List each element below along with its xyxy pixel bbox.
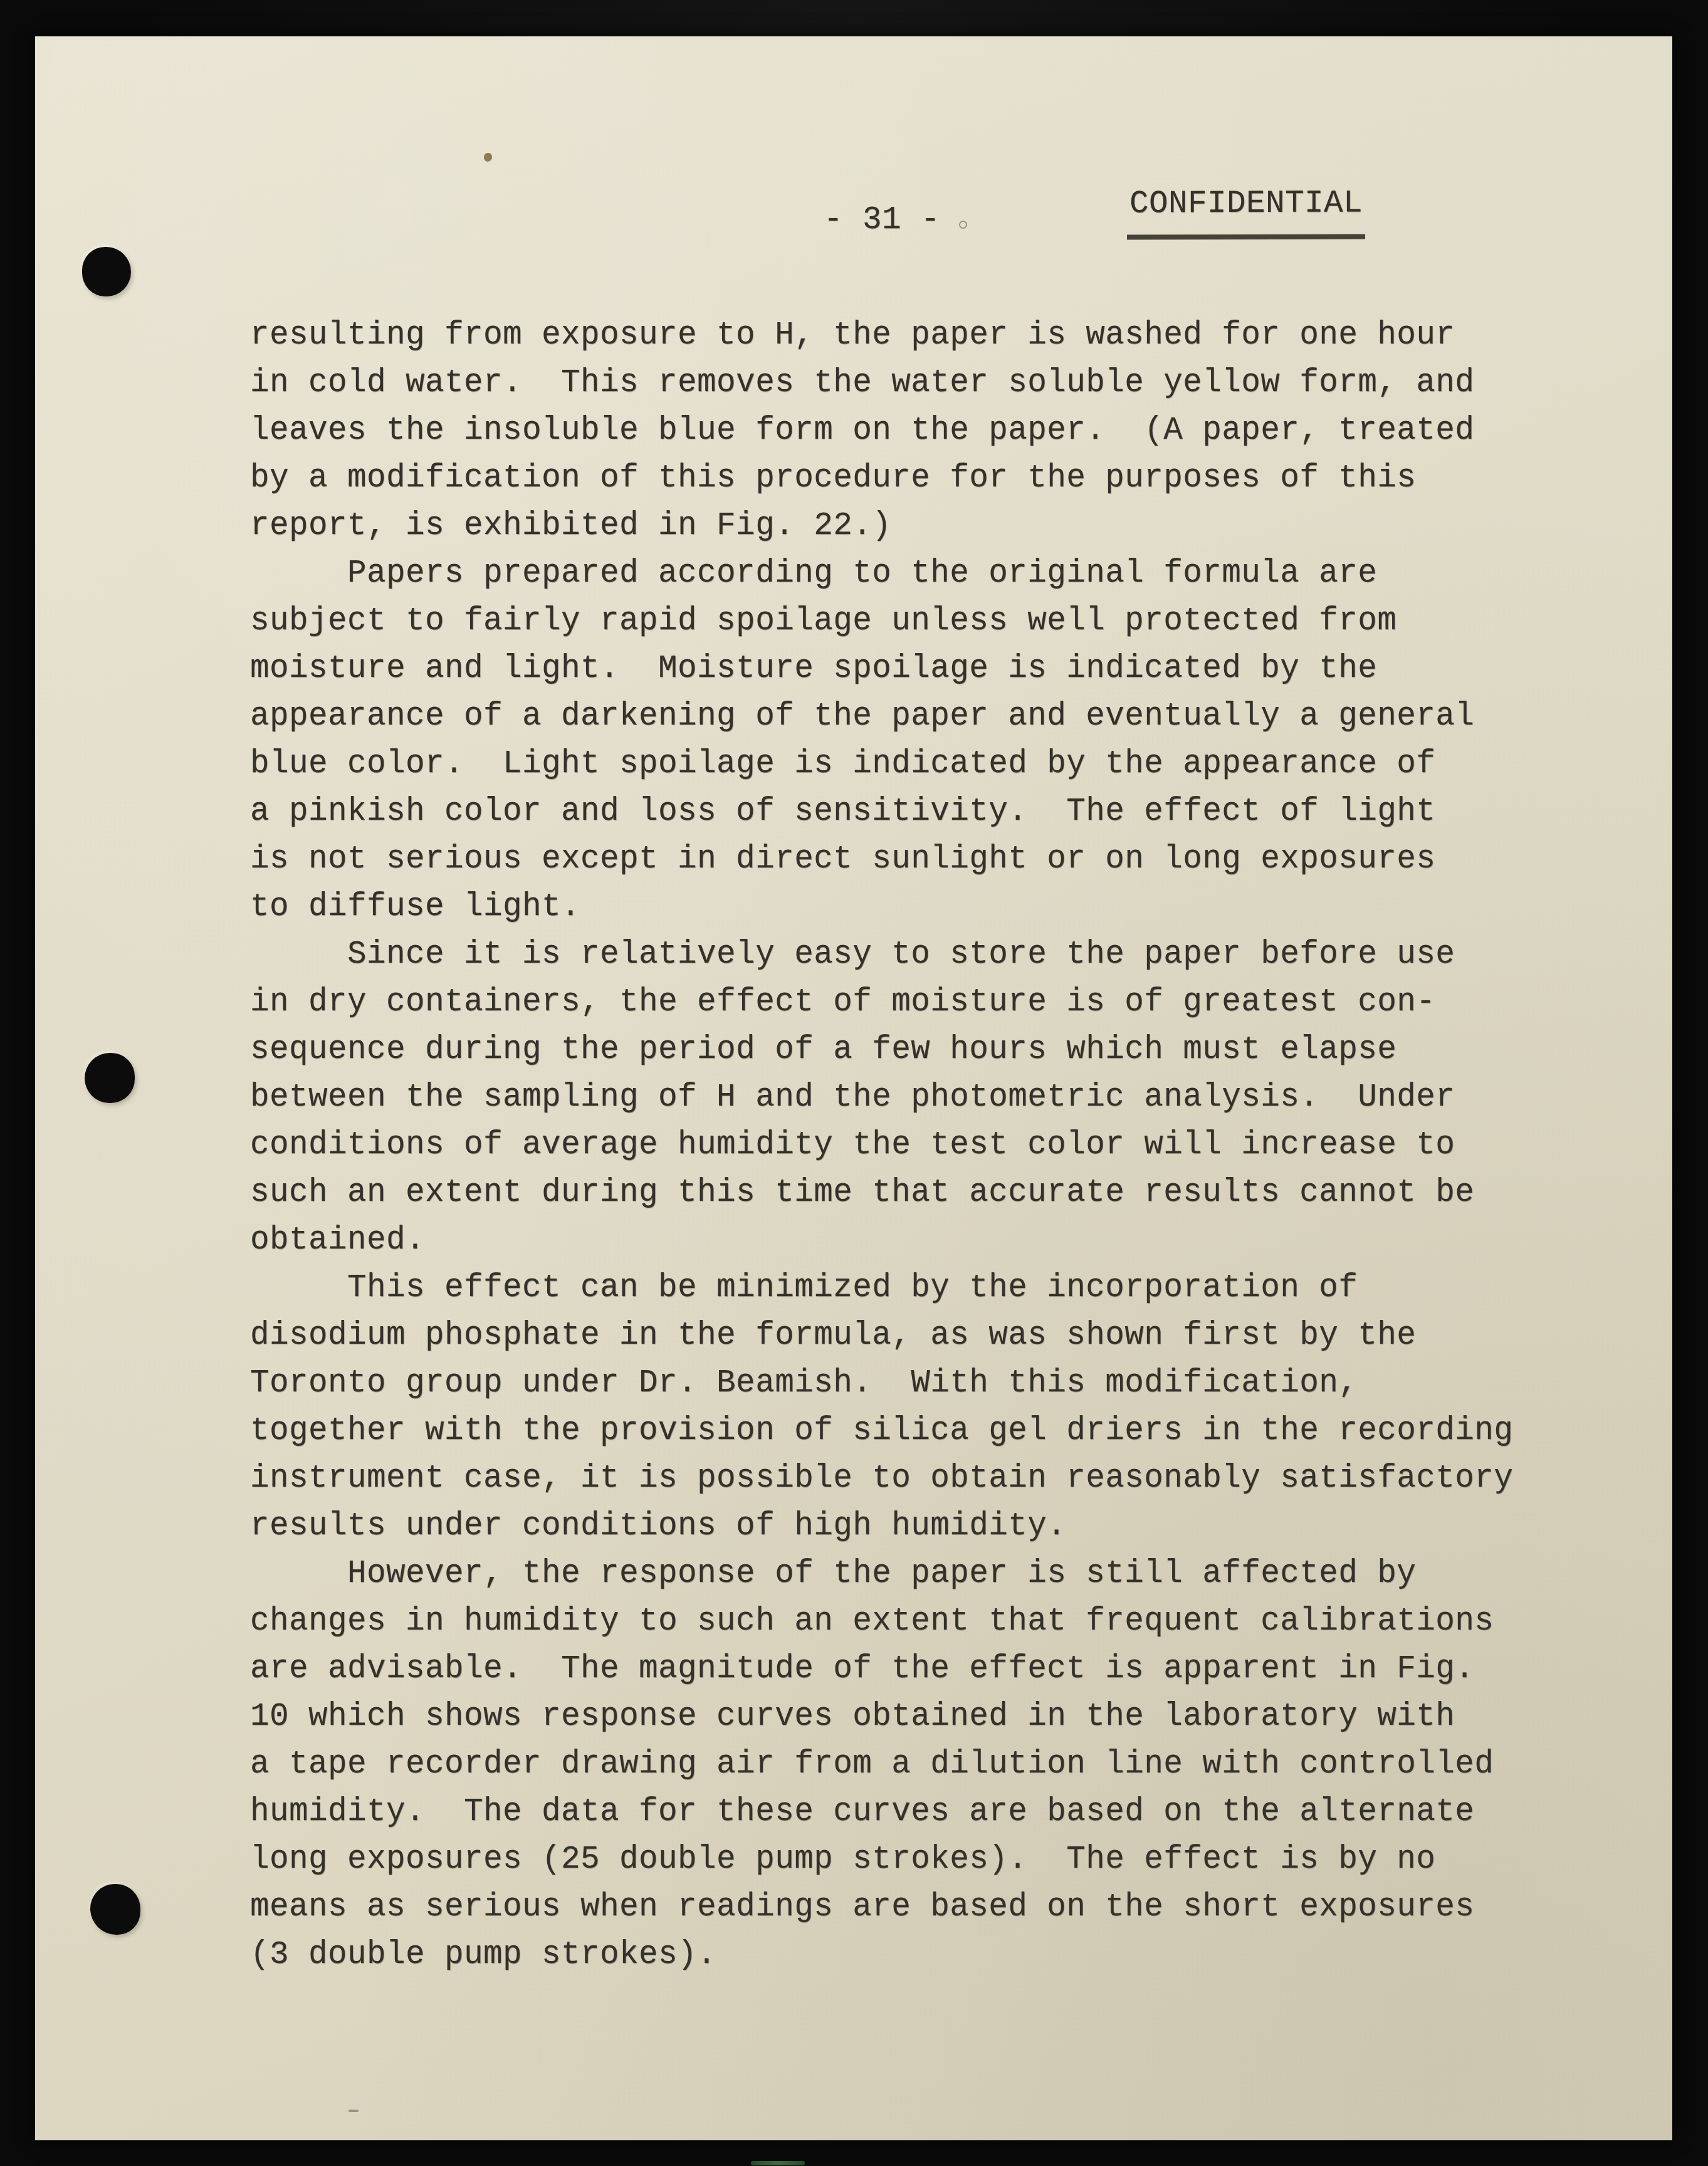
page-number: - 31 -: [824, 202, 940, 239]
paper-speck: [959, 221, 967, 229]
paragraph-3: Since it is relatively easy to store the…: [250, 931, 1554, 1265]
paper-speck: [348, 2110, 359, 2112]
paragraph-4: This effect can be minimized by the inco…: [250, 1265, 1554, 1551]
document-body: resulting from exposure to H, the paper …: [250, 312, 1554, 1979]
punch-hole-bottom: [90, 1884, 140, 1935]
paragraph-2: Papers prepared according to the origina…: [250, 550, 1554, 931]
paragraph-5: However, the response of the paper is st…: [250, 1551, 1554, 1979]
punch-hole-middle: [85, 1053, 135, 1103]
document-page: - 31 - CONFIDENTIAL resulting from expos…: [35, 36, 1672, 2140]
scanner-edge-artifact: [751, 2161, 805, 2165]
scanner-background: - 31 - CONFIDENTIAL resulting from expos…: [0, 0, 1708, 2166]
punch-hole-top: [82, 247, 131, 296]
paragraph-1: resulting from exposure to H, the paper …: [250, 312, 1554, 550]
paper-speck: [484, 153, 492, 162]
classification-stamp: CONFIDENTIAL: [1127, 186, 1365, 240]
